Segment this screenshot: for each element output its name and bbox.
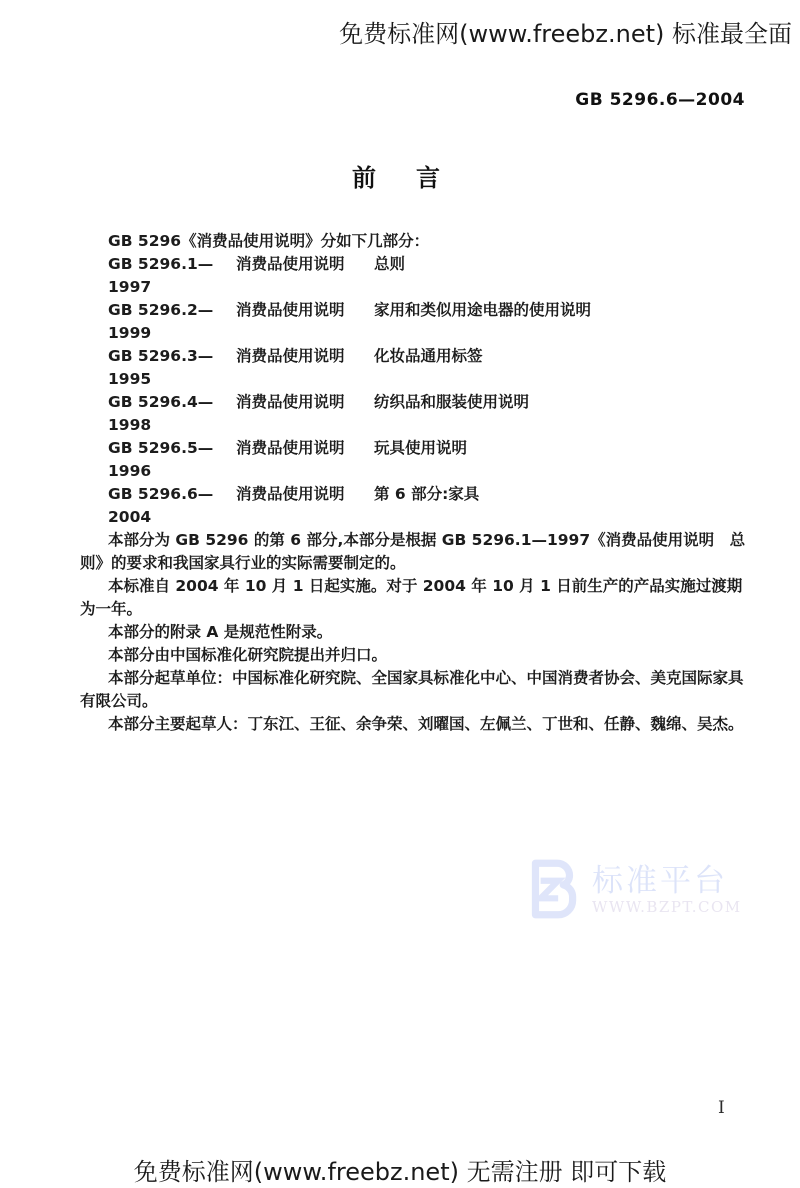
page-number: I xyxy=(718,1098,725,1118)
bz-logo-icon xyxy=(520,856,586,922)
part-series: 消费品使用说明 xyxy=(236,345,374,391)
watermark-url: WWW.BZPT.COM xyxy=(592,898,742,916)
foreword-paragraph: 本标准自 2004 年 10 月 1 日起实施。对于 2004 年 10 月 1… xyxy=(80,575,748,621)
part-code: GB 5296.5—1996 xyxy=(108,437,236,483)
part-title: 总则 xyxy=(374,253,748,299)
part-title: 家用和类似用途电器的使用说明 xyxy=(374,299,748,345)
part-code: GB 5296.3—1995 xyxy=(108,345,236,391)
part-code: GB 5296.1—1997 xyxy=(108,253,236,299)
standard-part-row: GB 5296.6—2004 消费品使用说明 第 6 部分:家具 xyxy=(80,483,748,529)
watermark-text: 标准平台 WWW.BZPT.COM xyxy=(592,856,742,916)
part-title: 化妆品通用标签 xyxy=(374,345,748,391)
standard-part-row: GB 5296.5—1996 消费品使用说明 玩具使用说明 xyxy=(80,437,748,483)
header-banner: 免费标准网(www.freebz.net) 标准最全面 xyxy=(339,14,792,49)
foreword-paragraph: 本部分起草单位：中国标准化研究院、全国家具标准化中心、中国消费者协会、美克国际家… xyxy=(80,667,748,713)
part-title: 玩具使用说明 xyxy=(374,437,748,483)
footer-banner: 免费标准网(www.freebz.net) 无需注册 即可下载 xyxy=(0,1152,800,1187)
part-title: 纺织品和服装使用说明 xyxy=(374,391,748,437)
part-series: 消费品使用说明 xyxy=(236,391,374,437)
standard-part-row: GB 5296.1—1997 消费品使用说明 总则 xyxy=(80,253,748,299)
part-series: 消费品使用说明 xyxy=(236,299,374,345)
part-code: GB 5296.2—1999 xyxy=(108,299,236,345)
watermark-brand-name: 标准平台 xyxy=(592,864,742,898)
standard-part-row: GB 5296.3—1995 消费品使用说明 化妆品通用标签 xyxy=(80,345,748,391)
document-number: GB 5296.6—2004 xyxy=(575,90,745,110)
foreword-body: GB 5296《消费品使用说明》分如下几部分： GB 5296.1—1997 消… xyxy=(80,230,748,736)
foreword-paragraph: 本部分主要起草人：丁东江、王征、余争荣、刘曜国、左佩兰、丁世和、任静、魏绵、吴杰… xyxy=(80,713,748,736)
page-title: 前 言 xyxy=(0,158,800,193)
part-code: GB 5296.4—1998 xyxy=(108,391,236,437)
part-series: 消费品使用说明 xyxy=(236,253,374,299)
parts-intro-line: GB 5296《消费品使用说明》分如下几部分： xyxy=(80,230,748,253)
foreword-paragraph: 本部分由中国标准化研究院提出并归口。 xyxy=(80,644,748,667)
part-series: 消费品使用说明 xyxy=(236,483,374,529)
foreword-paragraph: 本部分为 GB 5296 的第 6 部分,本部分是根据 GB 5296.1—19… xyxy=(80,529,748,575)
standard-part-row: GB 5296.4—1998 消费品使用说明 纺织品和服装使用说明 xyxy=(80,391,748,437)
part-series: 消费品使用说明 xyxy=(236,437,374,483)
foreword-paragraph: 本部分的附录 A 是规范性附录。 xyxy=(80,621,748,644)
scanned-standard-page: 免费标准网(www.freebz.net) 标准最全面 GB 5296.6—20… xyxy=(0,0,800,1188)
part-code: GB 5296.6—2004 xyxy=(108,483,236,529)
part-title: 第 6 部分:家具 xyxy=(374,483,748,529)
watermark: 标准平台 WWW.BZPT.COM xyxy=(520,856,742,922)
standard-part-row: GB 5296.2—1999 消费品使用说明 家用和类似用途电器的使用说明 xyxy=(80,299,748,345)
